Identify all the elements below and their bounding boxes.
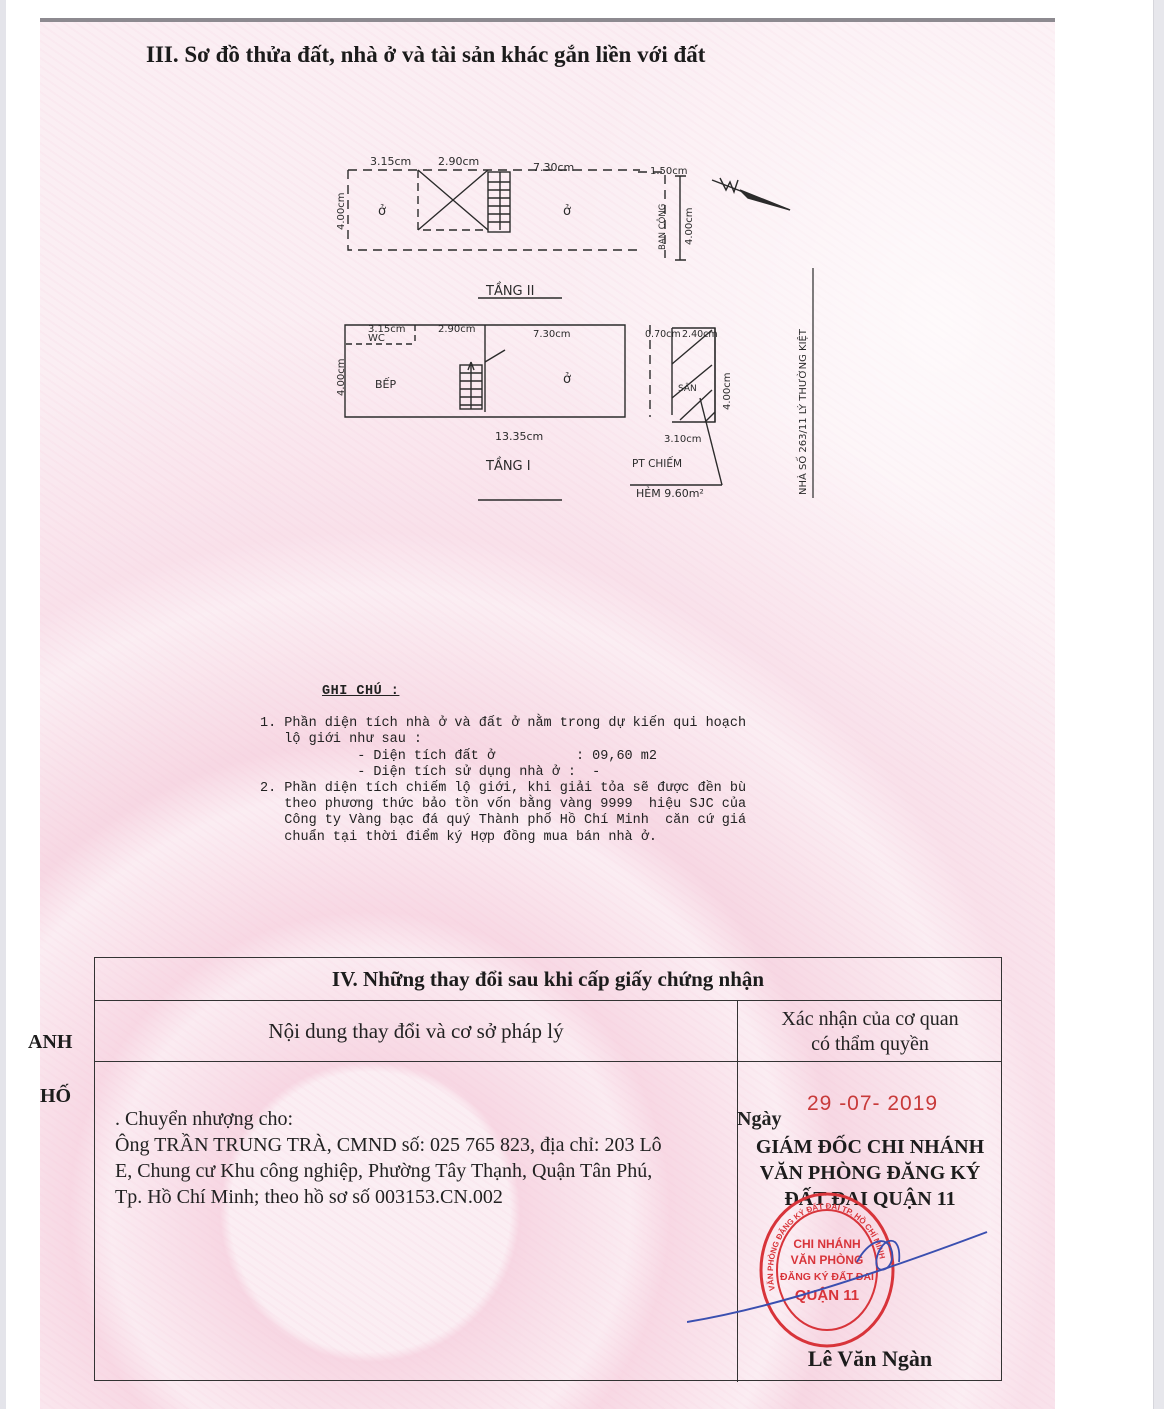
office-line: VĂN PHÒNG ĐĂNG KÝ (737, 1160, 1003, 1186)
f2-room-1: ở (378, 204, 386, 219)
side-fragment-2: HỐ (40, 1085, 71, 1108)
f1-dim-3: 7.30cm (533, 329, 571, 340)
official-seal-icon: CHI NHÁNH VĂN PHÒNG ĐĂNG KÝ ĐẤT ĐAI QUẬN… (757, 1190, 897, 1350)
f1-encroach-area: HẺM 9.60m² (636, 486, 704, 500)
note-line: 2. Phần diện tích chiếm lộ giới, khi giả… (260, 781, 880, 797)
stamp-line: ĐĂNG KÝ ĐẤT ĐAI (780, 1270, 874, 1283)
f1-dim-bottom: 13.35cm (495, 430, 543, 443)
stamp-line: CHI NHÁNH (793, 1236, 860, 1251)
f1-room-living: ở (563, 372, 571, 387)
f1-dim-left: 4.00cm (336, 358, 347, 396)
f1-dim-5: 2.40cm (682, 329, 718, 340)
f1-room-wc: WC (368, 333, 385, 344)
note-line: - Diện tích đất ở : 09,60 m2 (260, 749, 880, 765)
change-content: . Chuyển nhượng cho: Ông TRẦN TRUNG TRÀ,… (115, 1106, 735, 1210)
note-line: Công ty Vàng bạc đá quý Thành phố Hồ Chí… (260, 813, 880, 829)
viewer-scrollbar[interactable] (1153, 0, 1164, 1409)
f1-dim-2: 2.90cm (438, 324, 476, 335)
f1-dim-4: 0.70cm (645, 329, 681, 340)
section-iii-title: III. Sơ đồ thửa đất, nhà ở và tài sản kh… (146, 42, 705, 68)
floor-plan-sketch: 3.15cm 2.90cm 7.30cm 1.50cm 4.00cm 4.00c… (320, 150, 840, 510)
f2-dim-4: 1.50cm (650, 166, 688, 177)
section-iv-title: IV. Những thay đổi sau khi cấp giấy chứn… (95, 958, 1001, 1001)
f2-dim-2: 2.90cm (438, 155, 479, 168)
f2-dim-left: 4.00cm (336, 192, 347, 230)
note-line: lộ giới như sau : (260, 732, 880, 748)
f1-room-yard: SÂN (678, 382, 697, 394)
stamp-line: VĂN PHÒNG (791, 1252, 864, 1267)
stamp-line: QUẬN 11 (795, 1286, 859, 1304)
f1-dim-bottom-right: 3.10cm (664, 434, 702, 445)
f2-balcony-label: BAN CÔNG (656, 204, 668, 250)
content-line: E, Chung cư Khu công nghiệp, Phường Tây … (115, 1158, 735, 1184)
f2-dim-3: 7.30cm (533, 161, 574, 174)
f2-dim-1: 3.15cm (370, 155, 411, 168)
f1-dim-right: 4.00cm (722, 372, 733, 410)
street-label: NHÀ SỐ 263/11 LÝ THƯỜNG KIỆT (795, 328, 809, 495)
note-line: - Diện tích sử dụng nhà ở : - (260, 765, 880, 781)
office-line: GIÁM ĐỐC CHI NHÁNH (737, 1134, 1003, 1160)
date-stamp: 29 -07- 2019 (807, 1092, 938, 1116)
table-header-row: Nội dung thay đổi và cơ sở pháp lý Xác n… (95, 1001, 1001, 1062)
changes-table: IV. Những thay đổi sau khi cấp giấy chứn… (94, 957, 1002, 1381)
signer-name: Lê Văn Ngàn (737, 1346, 1003, 1372)
f1-label: TẦNG I (485, 457, 531, 474)
confirmation-cell: Ngày 29 -07- 2019 GIÁM ĐỐC CHI NHÁNH VĂN… (737, 1062, 1003, 1382)
date-label: Ngày (737, 1108, 781, 1131)
f2-dim-right: 4.00cm (684, 207, 695, 245)
f2-room-2: ở (563, 204, 571, 219)
notes-block: GHI CHÚ : 1. Phần diện tích nhà ở và đất… (260, 684, 880, 846)
content-line: . Chuyển nhượng cho: (115, 1106, 735, 1132)
col-confirm-header-line: Xác nhận của cơ quan (781, 1007, 958, 1032)
content-line: Tp. Hồ Chí Minh; theo hồ sơ số 003153.CN… (115, 1184, 735, 1210)
note-line: 1. Phần diện tích nhà ở và đất ở nằm tro… (260, 716, 880, 732)
content-line: Ông TRẦN TRUNG TRÀ, CMND số: 025 765 823… (115, 1132, 735, 1158)
f1-encroach-label: PT CHIẾM (632, 456, 682, 470)
col-confirm-header: Xác nhận của cơ quan có thẩm quyền (737, 1001, 1003, 1062)
col-confirm-header-line: có thẩm quyền (811, 1032, 929, 1057)
f1-room-kitchen: BẾP (375, 377, 396, 391)
f2-label: TẦNG II (485, 282, 534, 299)
viewer-edge-left (0, 0, 6, 1409)
notes-title: GHI CHÚ : (322, 684, 880, 700)
note-line: chuẩn tại thời điểm ký Hợp đồng mua bán … (260, 830, 880, 846)
col-content-header: Nội dung thay đổi và cơ sở pháp lý (95, 1001, 737, 1062)
side-fragment-1: ANH (28, 1031, 72, 1054)
note-line: theo phương thức bảo tồn vốn bằng vàng 9… (260, 797, 880, 813)
